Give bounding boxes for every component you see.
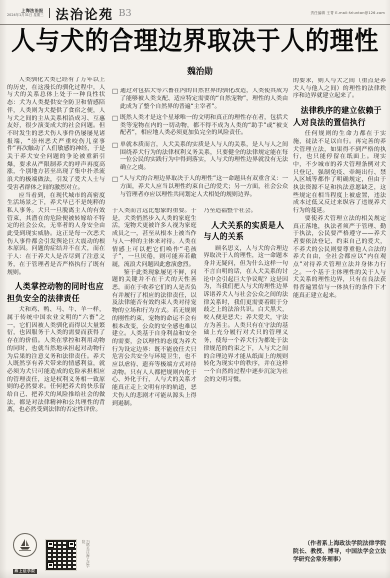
pull-quote-text: 既然人类才是这个星球唯一的文明和真正的理性存在者，包括犬类等宠物在内的一切动物，… — [120, 115, 288, 138]
masthead: 上海法治报 2024年1月31日 星期三 — [7, 8, 50, 18]
section-title: 法治论苑 — [56, 4, 114, 23]
left-subheading: 人类掌控动物的同时也应担负安全的法律责任 — [7, 281, 105, 304]
page-title: 人与犬的合理边界取决于人的理性 — [0, 26, 390, 56]
qr-caption: 扫码关注 海上法学院 — [81, 540, 89, 570]
footer-logos: 海上法学院 扫码关注 海上法学院 — [9, 533, 105, 576]
page-number: B3 — [119, 8, 132, 19]
pull-quote-text: 单就本质而言，人犬关系的实质是人与人的关系，是人与人之间围绕养犬行为的法律权利义… — [120, 142, 288, 173]
author-attribution: （作者系上海政法学院法律学院院长、教授、博导，中国法学会立法学研究会常务理事） — [293, 540, 386, 564]
body-paragraph: 应当看到，在现代城市的高密度生活场景之下，养犬早已不是纯粹的私人事务。犬只一旦脱… — [7, 193, 105, 278]
body-paragraph: 要使养犬管理立法的相关规定真正落地，执法者须严于管理、勤于执法，公民要严格遵守—… — [293, 216, 386, 301]
qr-code — [46, 540, 76, 570]
body-paragraph: 鉴于此类现象屡见不鲜，问题的关键并不在于犬的天性善恶，而在于收养它们的人是否负有… — [112, 270, 197, 409]
middle-columns: 于人类而言远比想象的重要。于是，犬类悄然步入人类的家庭生活，宠物犬更被许多人视为… — [112, 208, 288, 576]
seal-logo: 海上法学院 — [9, 533, 41, 576]
pull-quote-text: 通过对包括犬等六畜在内的自然世界的驯化改造，人类使其成为了能够被人类支配、适应特… — [120, 88, 288, 111]
square-bullet-icon: □ — [112, 115, 120, 138]
newspaper-page: 上海法治报 2024年1月31日 星期三 法治论苑 B3 责任编辑 王菁 E-m… — [0, 0, 390, 578]
pull-quote-text: “人与犬的合理边界取决于人的理性”这一命题具有双重含义：一方面，养犬人应当以理性… — [120, 176, 288, 199]
pull-quote: □ 既然人类才是这个星球唯一的文明和真正的理性存在者，包括犬类等宠物在内的一切动… — [112, 115, 288, 138]
editor-contact: 责任编辑 王菁 E-mail:fzluntan@126.com — [310, 11, 385, 16]
body-paragraph: 任何规则的生命力都在于实施，徒法不足以自行。再完善的养犬管理立法，如果得不到严格… — [293, 131, 386, 216]
column-left: 人类驯化犬类已经有了万年以上的历史，在这漫长的驯化过程中，人与犬的关系总体上处于… — [7, 77, 105, 529]
body-paragraph: 于人类而言远比想象的重要。于是，犬类悄然步入人类的家庭生活，宠物犬更被许多人视为… — [112, 208, 197, 270]
page-header: 上海法治报 2024年1月31日 星期三 法治论苑 B3 责任编辑 王菁 E-m… — [7, 4, 385, 22]
square-bullet-icon: □ — [112, 176, 120, 199]
body-paragraph: 顾名思义，人与犬的合理边界取决于人的理性，这一命题本身并无疑问，但为什么这样一句… — [204, 246, 289, 385]
seal-label: 海上法学院 — [13, 569, 38, 574]
right-column-body: 的要求，则人与犬之间（重点是养犬人与他人之间）的理性的法律秩序和边界就建立起来了… — [293, 78, 386, 534]
pull-quote-list: □ 通过对包括犬等六畜在内的自然世界的驯化改造，人类使其成为了能够被人类支配、适… — [112, 88, 288, 206]
qr-finder-icon — [47, 541, 54, 548]
qr-finder-icon — [68, 541, 75, 548]
right-subheading: 法律秩序的建立依赖于人对良法的置信执行 — [293, 105, 386, 128]
body-paragraph: 犬和鸡、鸭、马、牛、羊一样，属于传统中国农业文明的“六畜”之一，它们因被人类驯化… — [7, 307, 105, 415]
sailboat-icon — [13, 533, 37, 557]
body-paragraph: 人类驯化犬类已经有了万年以上的历史，在这漫长的驯化过程中，人与犬的关系总体上处于… — [7, 77, 105, 193]
masthead-date: 2024年1月31日 星期三 — [7, 13, 44, 18]
author-byline: 魏治勋 — [112, 65, 288, 77]
column-middle-right: 乃至造福整个社会。 人犬关系的实质是人与人的关系 顾名思义，人与犬的合理边界取决… — [204, 208, 289, 576]
body-paragraph: 乃至造福整个社会。 — [204, 208, 289, 216]
column-right: 的要求，则人与犬之间（重点是养犬人与他人之间）的理性的法律秩序和边界就建立起来了… — [293, 78, 386, 574]
pull-quote: □ “人与犬的合理边界取决于人的理性”这一命题具有双重含义：一方面，养犬人应当以… — [112, 176, 288, 199]
square-bullet-icon: □ — [112, 142, 120, 173]
column-middle-left: 于人类而言远比想象的重要。于是，犬类悄然步入人类的家庭生活，宠物犬更被许多人视为… — [112, 208, 197, 576]
qr-finder-icon — [47, 562, 54, 569]
middle-subheading: 人犬关系的实质是人与人的关系 — [204, 220, 289, 243]
square-bullet-icon: □ — [112, 88, 120, 111]
pull-quote: □ 单就本质而言，人犬关系的实质是人与人的关系，是人与人之间围绕养犬行为的法律权… — [112, 142, 288, 173]
body-paragraph: 的要求，则人与犬之间（重点是养犬人与他人之间）的理性的法律秩序和边界就建立起来了… — [293, 78, 386, 101]
pull-quote: □ 通过对包括犬等六畜在内的自然世界的驯化改造，人类使其成为了能够被人类支配、适… — [112, 88, 288, 111]
